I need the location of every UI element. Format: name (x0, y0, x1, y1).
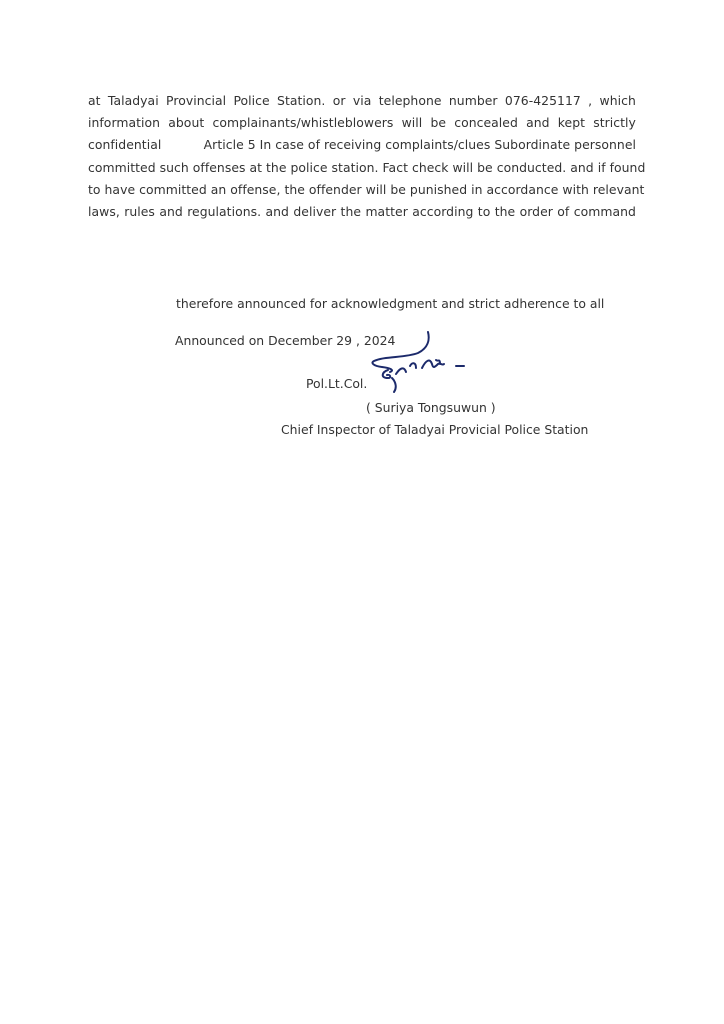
body-word: of (557, 201, 569, 223)
body-word: committed such offenses at the police st… (88, 157, 645, 179)
body-line: confidentialArticle 5 In case of receivi… (88, 134, 636, 156)
body-word: regulations. (187, 201, 261, 223)
body-word: or (333, 90, 346, 112)
body-word: , (588, 90, 592, 112)
body-word: Taladyai (108, 90, 159, 112)
body-word: confidential (88, 134, 161, 156)
body-word: number (449, 90, 498, 112)
body-word: the (341, 201, 362, 223)
body-word: about (168, 112, 204, 134)
body-word: to (478, 201, 491, 223)
body-word: deliver (293, 201, 336, 223)
body-word: command (574, 201, 636, 223)
signatory-name: ( Suriya Tongsuwun ) (366, 400, 496, 415)
body-word: to have committed an offense, the offend… (88, 179, 644, 201)
body-word: Police (233, 90, 269, 112)
body-word: be (430, 112, 446, 134)
body-word: rules (124, 201, 155, 223)
body-word: laws, (88, 201, 120, 223)
body-word: according (412, 201, 473, 223)
signatory-position: Chief Inspector of Taladyai Provicial Po… (281, 422, 588, 437)
body-line: committed such offenses at the police st… (88, 157, 636, 179)
body-paragraph: atTaladyaiProvincialPoliceStation.orviat… (88, 90, 636, 223)
body-word: the (495, 201, 516, 223)
body-word: telephone (379, 90, 442, 112)
body-word: 076-425117 (505, 90, 581, 112)
signature-icon (360, 328, 500, 394)
body-word: Article 5 In case of receiving complaint… (204, 134, 636, 156)
document-page: atTaladyaiProvincialPoliceStation.orviat… (0, 0, 724, 1024)
body-word: matter (365, 201, 407, 223)
body-line: atTaladyaiProvincialPoliceStation.orviat… (88, 90, 636, 112)
body-word: information (88, 112, 160, 134)
body-word: kept (558, 112, 585, 134)
body-word: complainants/whistleblowers (212, 112, 393, 134)
signatory-rank: Pol.Lt.Col. (306, 376, 367, 391)
body-line: laws,rulesandregulations.anddeliverthema… (88, 201, 636, 223)
body-word: at (88, 90, 101, 112)
body-word: concealed (454, 112, 518, 134)
body-word: and (266, 201, 289, 223)
body-line: to have committed an offense, the offend… (88, 179, 636, 201)
body-word: Station. (277, 90, 325, 112)
body-word: and (159, 201, 182, 223)
body-word: and (526, 112, 549, 134)
body-line: informationaboutcomplainants/whistleblow… (88, 112, 636, 134)
body-word: Provincial (166, 90, 226, 112)
body-word: via (353, 90, 372, 112)
body-word: which (600, 90, 636, 112)
body-word: strictly (593, 112, 636, 134)
body-word: order (520, 201, 553, 223)
body-word: will (402, 112, 423, 134)
closing-statement: therefore announced for acknowledgment a… (176, 296, 604, 311)
